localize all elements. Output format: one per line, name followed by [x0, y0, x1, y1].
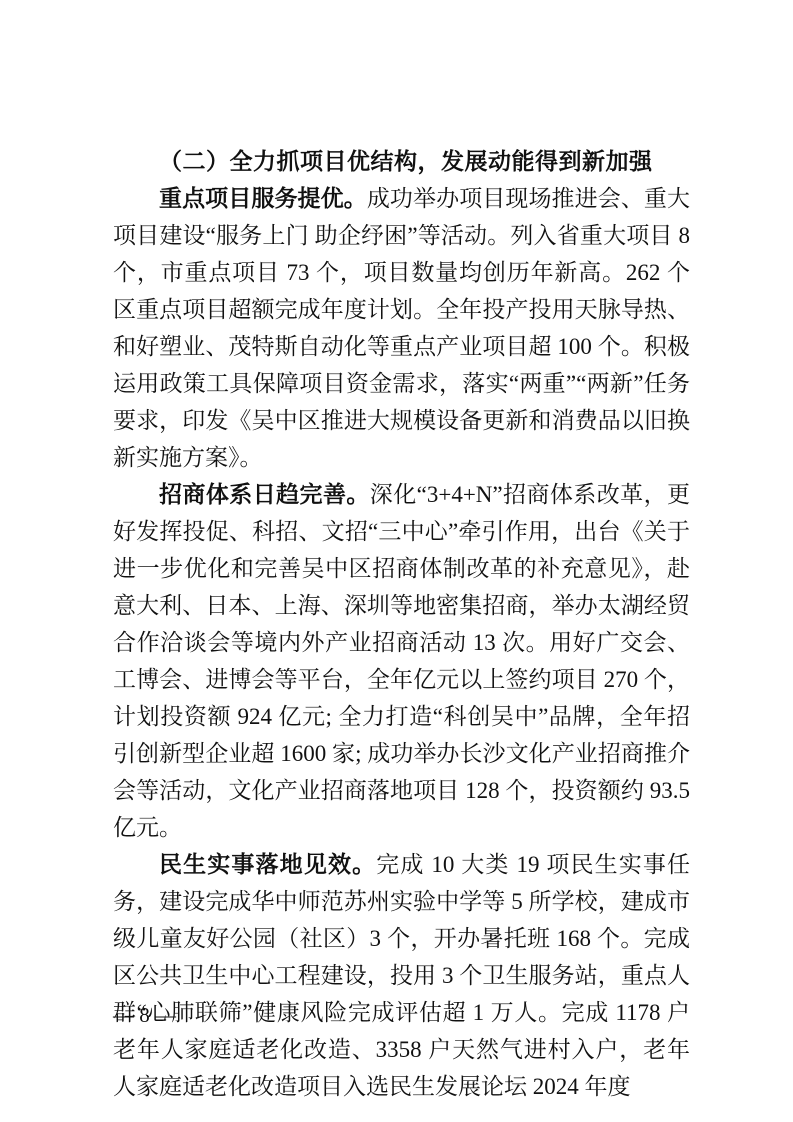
document-page: （二）全力抓项目优结构，发展动能得到新加强 重点项目服务提优。成功举办项目现场推… — [0, 0, 793, 1122]
paragraph-text: 深化“3+4+N”招商体系改革，更好发挥投促、科招、文招“三中心”牵引作用，出台… — [113, 482, 690, 840]
paragraph-livelihood: 民生实事落地见效。完成 10 大类 19 项民生实事任务，建设完成华中师范苏州实… — [113, 846, 690, 1105]
paragraph-lead: 重点项目服务提优。 — [159, 186, 367, 211]
paragraph-lead: 民生实事落地见效。 — [159, 852, 376, 877]
paragraph-text: 成功举办项目现场推进会、重大项目建设“服务上门 助企纾困”等活动。列入省重大项目… — [113, 186, 690, 470]
page-body: （二）全力抓项目优结构，发展动能得到新加强 重点项目服务提优。成功举办项目现场推… — [113, 143, 690, 1105]
section-heading: （二）全力抓项目优结构，发展动能得到新加强 — [113, 143, 690, 180]
paragraph-investment-promotion: 招商体系日趋完善。深化“3+4+N”招商体系改革，更好发挥投促、科招、文招“三中… — [113, 476, 690, 846]
paragraph-lead: 招商体系日趋完善。 — [159, 482, 370, 507]
page-footer: — 8 — — [113, 1000, 176, 1030]
paragraph-key-projects: 重点项目服务提优。成功举办项目现场推进会、重大项目建设“服务上门 助企纾困”等活… — [113, 180, 690, 476]
page-number: — 8 — — [113, 1003, 176, 1027]
paragraph-text: 完成 10 大类 19 项民生实事任务，建设完成华中师范苏州实验中学等 5 所学… — [113, 852, 690, 1099]
